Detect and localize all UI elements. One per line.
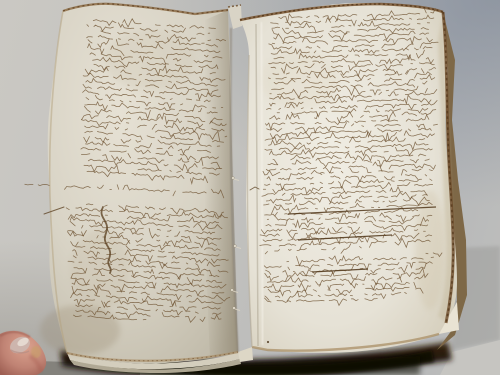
right-page [240,3,459,353]
page-number-dot [267,341,269,343]
stitch-thread [232,177,235,180]
page-corner-shade [40,305,120,355]
stitch-thread [231,289,234,292]
manuscript-photo [0,0,500,375]
stitch-thread [234,245,237,248]
stitch-thread-end [236,247,241,249]
thumb [0,331,46,375]
stitch-thread [233,307,236,310]
stitch-thread-end [234,179,239,181]
gutter-bottom-stack [238,347,253,362]
photo-scene [0,0,500,375]
gutter-shade-left [204,10,238,358]
ink-dot [267,341,269,343]
behind-leaf-corner [228,5,242,29]
